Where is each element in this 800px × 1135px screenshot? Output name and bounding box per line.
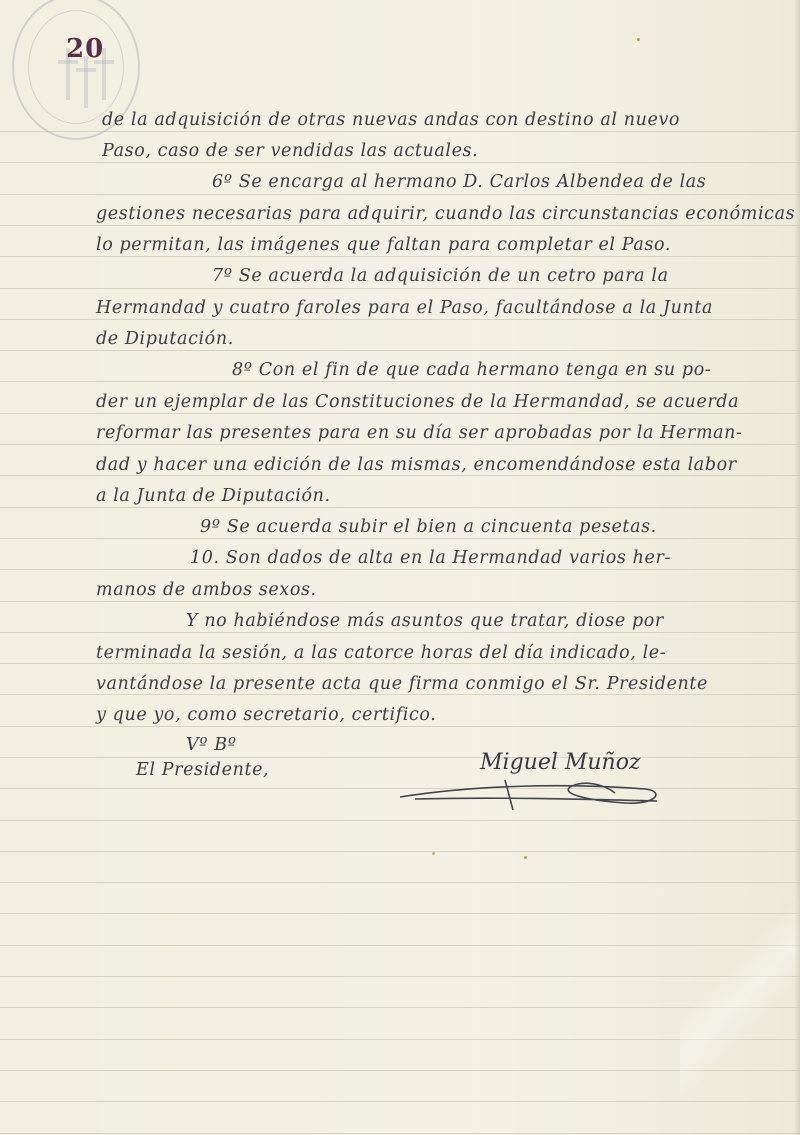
- handwritten-line: 7º Se acuerda la adquisición de un cetro…: [212, 266, 669, 286]
- handwritten-line: 10. Son dados de alta en la Hermandad va…: [190, 548, 671, 568]
- ruled-line: [0, 381, 800, 382]
- handwritten-line: vantándose la presente acta que firma co…: [96, 674, 708, 694]
- ruled-line: [0, 632, 800, 633]
- handwritten-line: Y no habiéndose más asuntos que tratar, …: [186, 611, 664, 631]
- ruled-line: [0, 601, 800, 602]
- signature-flourish-icon: [395, 775, 665, 815]
- handwritten-line: a la Junta de Diputación.: [96, 486, 331, 506]
- ruled-line: [0, 726, 800, 727]
- paper-speck: [637, 38, 640, 41]
- handwritten-line: 9º Se acuerda subir el bien a cincuenta …: [200, 517, 657, 537]
- handwritten-line: dad y hacer una edición de las mismas, e…: [96, 455, 737, 475]
- handwritten-line: lo permitan, las imágenes que faltan par…: [96, 235, 671, 255]
- handwritten-line: terminada la sesión, a las catorce horas…: [96, 643, 666, 663]
- handwritten-line: reformar las presentes para en su día se…: [96, 423, 743, 443]
- ruled-line: [0, 131, 800, 132]
- ruled-line: [0, 757, 800, 758]
- ruled-line: [0, 256, 800, 257]
- paper-speck: [524, 856, 527, 859]
- handwritten-line: de Diputación.: [96, 329, 234, 349]
- ruled-line: [0, 663, 800, 664]
- handwritten-line: 6º Se encarga al hermano D. Carlos Alben…: [212, 172, 706, 192]
- paper-speck: [432, 852, 435, 855]
- handwritten-line: Paso, caso de ser vendidas las actuales.: [102, 141, 478, 161]
- handwritten-line: Hermandad y cuatro faroles para el Paso,…: [96, 298, 713, 318]
- ruled-line: [0, 194, 800, 195]
- ruled-line: [0, 444, 800, 445]
- handwritten-line: de la adquisición de otras nuevas andas …: [102, 110, 680, 130]
- handwritten-line: y que yo, como secretario, certifico.: [96, 705, 436, 725]
- ruled-line: [0, 319, 800, 320]
- ruled-line: [0, 350, 800, 351]
- ruled-line: [0, 694, 800, 695]
- page-number: 20: [66, 34, 104, 64]
- page-edge: [794, 0, 800, 1135]
- handwritten-line: El Presidente,: [136, 760, 269, 780]
- ruled-line: [0, 162, 800, 163]
- paper-crease: [680, 820, 800, 1135]
- ruled-line: [0, 538, 800, 539]
- ruled-line: [0, 413, 800, 414]
- seal-inner-ring: [28, 10, 124, 124]
- handwritten-line: der un ejemplar de las Constituciones de…: [96, 392, 739, 412]
- handwritten-line: gestiones necesarias para adquirir, cuan…: [96, 204, 795, 224]
- secretary-signature: Miguel Muñoz: [480, 750, 641, 775]
- ruled-line: [0, 507, 800, 508]
- handwritten-line: manos de ambos sexos.: [96, 580, 317, 600]
- document-page: 20 de la adquisición de otras nuevas and…: [0, 0, 800, 1135]
- handwritten-line: Vº Bº: [186, 735, 237, 755]
- handwritten-line: 8º Con el fin de que cada hermano tenga …: [232, 360, 711, 380]
- ruled-line: [0, 475, 800, 476]
- ruled-line: [0, 288, 800, 289]
- ruled-line: [0, 225, 800, 226]
- ruled-line: [0, 569, 800, 570]
